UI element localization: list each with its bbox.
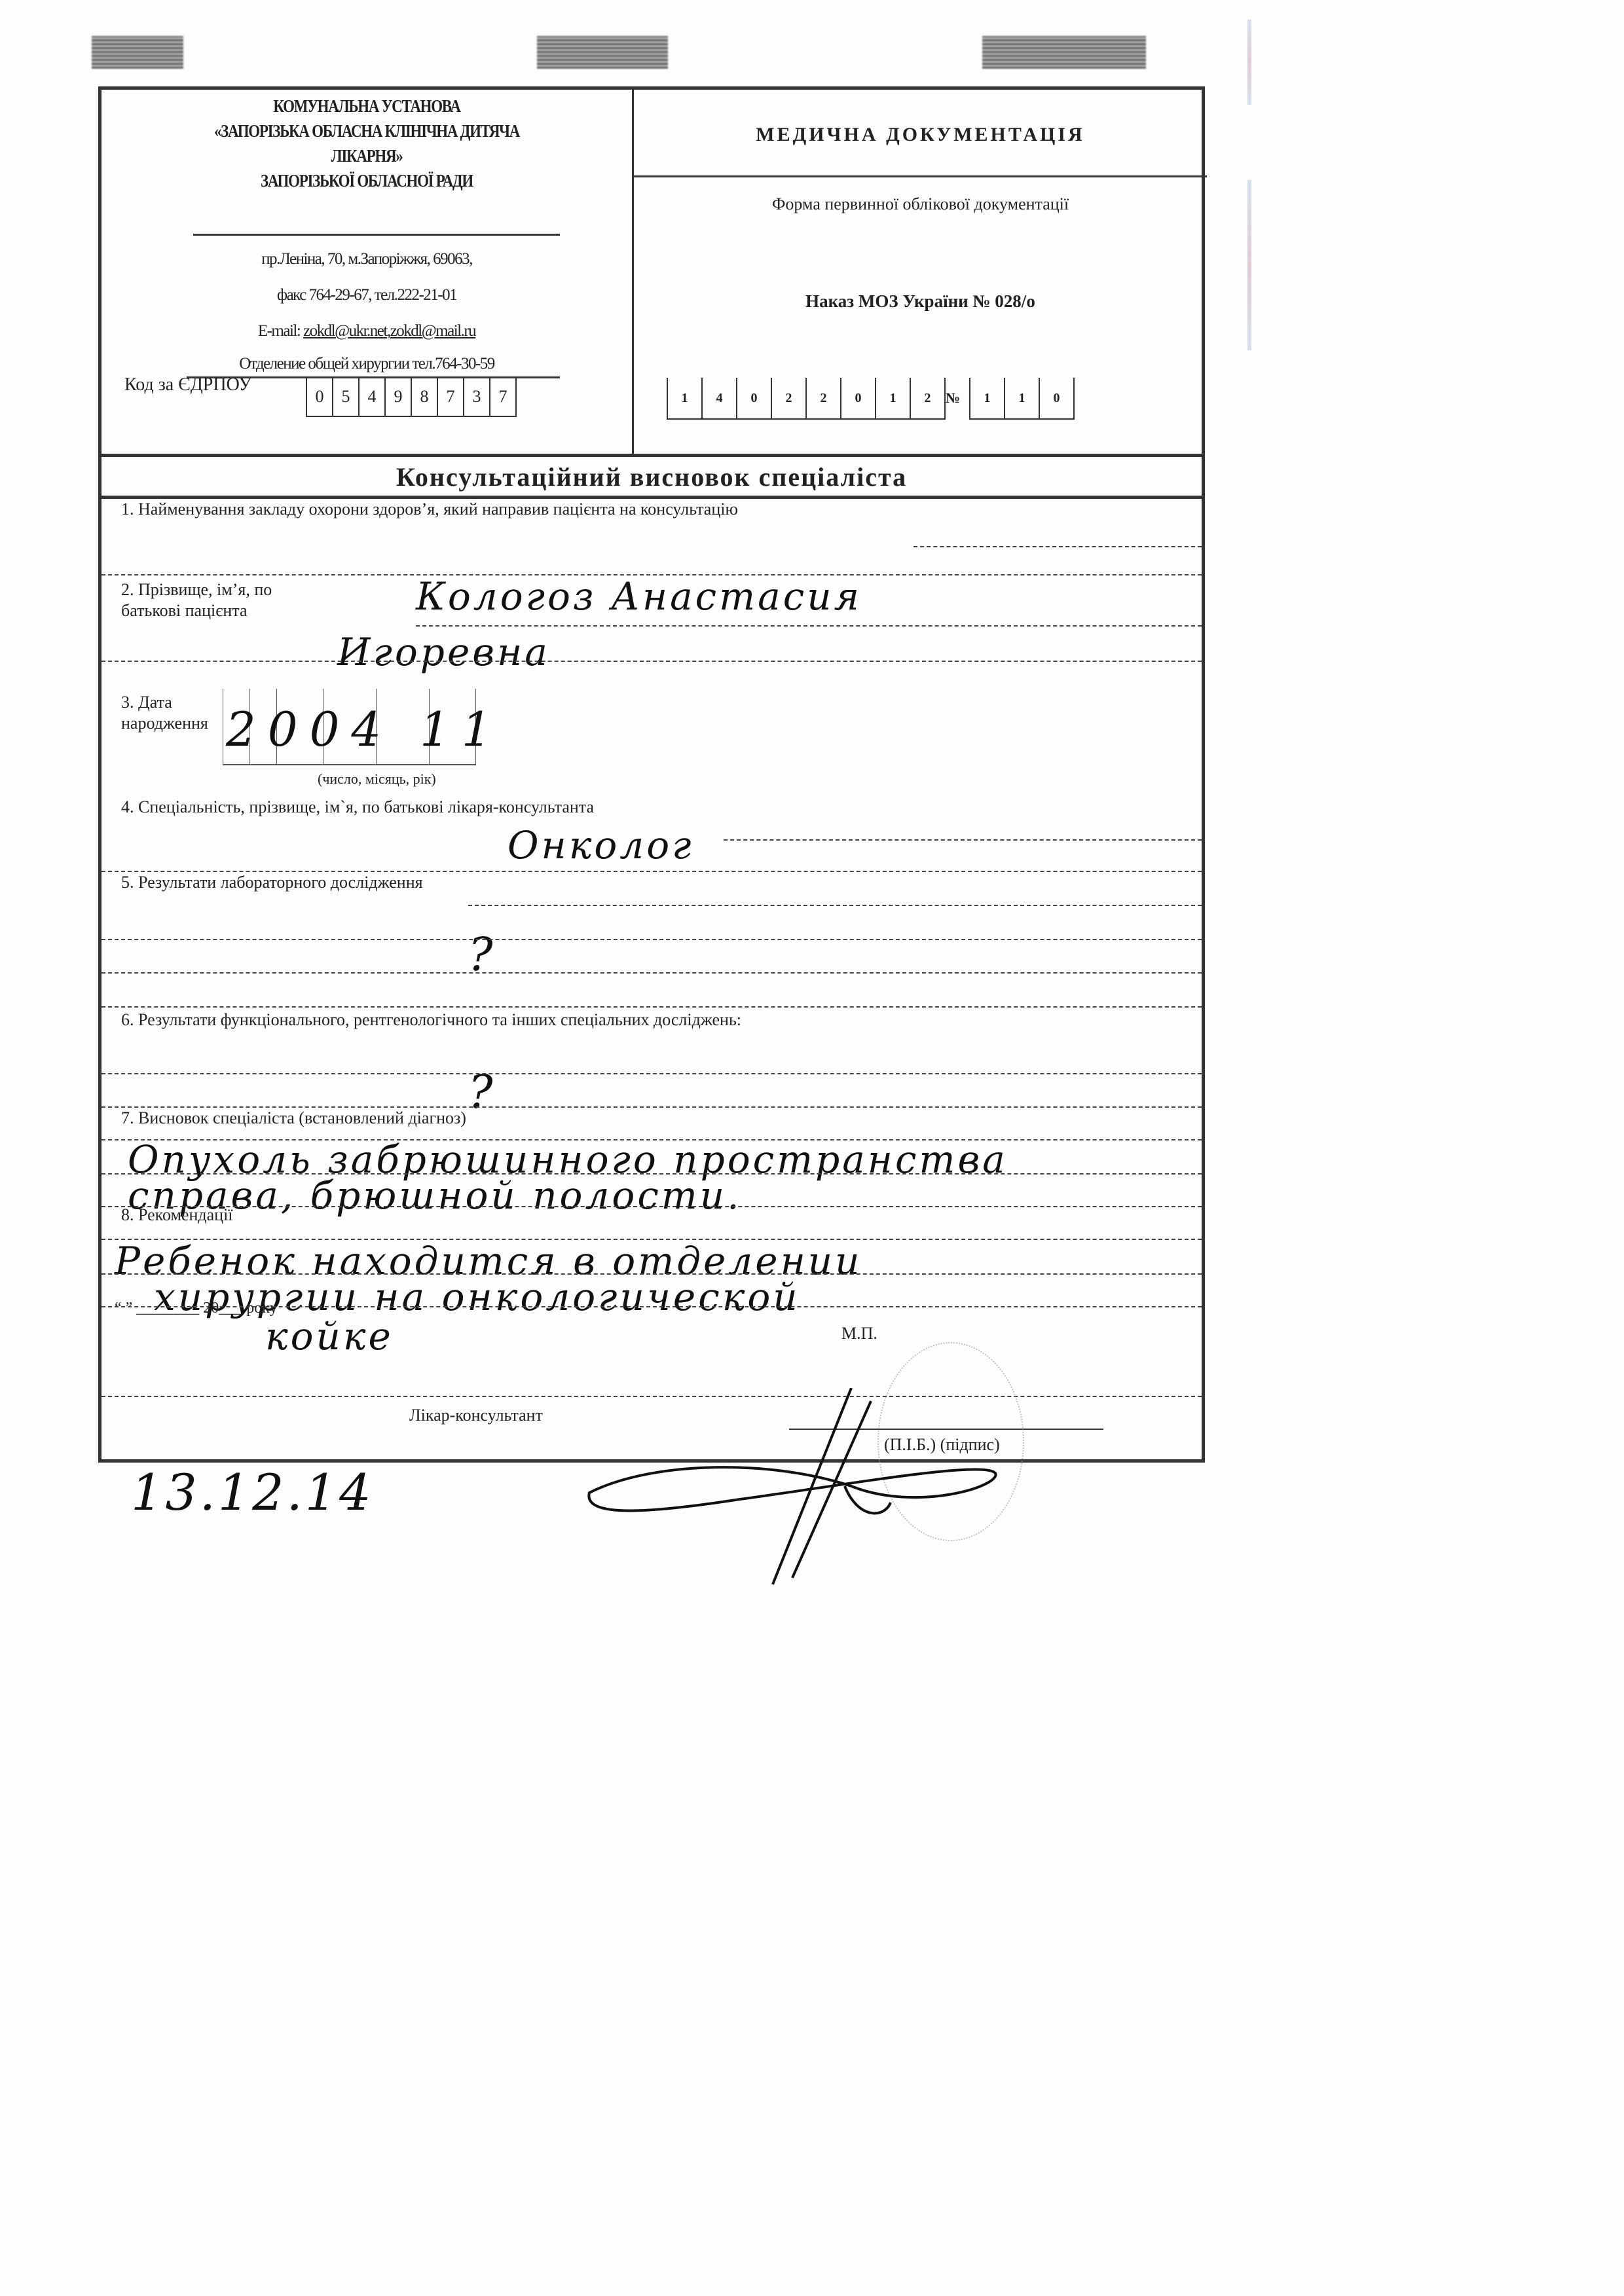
date-digit: 2 (771, 378, 805, 420)
patient-name-handwritten[interactable]: Кологоз Анастасия (416, 574, 862, 619)
edrpou-digit: 0 (306, 378, 332, 417)
institution-block: КОМУНАЛЬНА УСТАНОВА «ЗАПОРІЗЬКА ОБЛАСНА … (101, 90, 632, 456)
order-number: Наказ МОЗ України № 028/о (634, 291, 1207, 312)
org-line: КОМУНАЛЬНА УСТАНОВА (141, 96, 593, 117)
signature (576, 1388, 1035, 1597)
field-1-label: 1. Найменування закладу охорони здоров’я… (121, 499, 841, 520)
field-4-label: 4. Спеціальність, прізвище, ім`я, по бат… (121, 797, 907, 818)
divider (101, 1006, 1202, 1008)
email-label: E-mail: (258, 322, 300, 340)
birth-date-hint: (число, місяць, рік) (318, 771, 436, 788)
field-5-label: 5. Результати лабораторного дослідження (121, 872, 645, 893)
edrpou-label: Код за ЄДРПОУ (124, 374, 251, 395)
email-link-1[interactable]: zokdl@ukr.net (303, 322, 387, 340)
date-digit: 0 (840, 378, 875, 420)
form-number-code: 1 1 0 (969, 378, 1075, 420)
number-digit: 1 (1004, 378, 1039, 420)
recommendation-line-3-handwritten[interactable]: койке (265, 1314, 394, 1358)
org-line: ЛІКАРНЯ» (141, 146, 593, 166)
scan-smudge (537, 36, 668, 69)
fax-phone: факс 764-29-67, тел.222-21-01 (101, 286, 632, 304)
email-link-2[interactable]: zokdl@mail.ru (390, 322, 476, 340)
scan-edge (1247, 20, 1251, 105)
edrpou-digit: 7 (437, 378, 463, 417)
edrpou-digit: 8 (411, 378, 437, 417)
scan-smudge (92, 36, 183, 69)
field-8-label: 8. Рекомендації (121, 1205, 318, 1226)
org-line: «ЗАПОРІЗЬКА ОБЛАСНА КЛІНІЧНА ДИТЯЧА (141, 121, 593, 141)
divider (101, 661, 1202, 662)
documentation-block: МЕДИЧНА ДОКУМЕНТАЦІЯ Форма первинної обл… (632, 90, 1207, 456)
patient-patronymic-handwritten[interactable]: Игоревна (337, 630, 550, 674)
field-5-line (468, 905, 1202, 906)
documentation-title: МЕДИЧНА ДОКУМЕНТАЦІЯ (634, 124, 1207, 146)
department-phone: Отделение общей хирургии тел.764-30-59 (101, 355, 632, 373)
field-3-label: 3. Дата народження (121, 692, 206, 734)
doctor-label: Лікар-консультант (409, 1406, 543, 1425)
field-7-label: 7. Висновок спеціаліста (встановлений ді… (121, 1108, 710, 1129)
field-2-label: 2. Прізвище, ім’я, по батькові пацієнта (121, 579, 318, 621)
field-5-line (101, 972, 1202, 974)
edrpou-code: 0 5 4 9 8 7 3 7 (306, 378, 517, 417)
divider (634, 175, 1207, 177)
handwritten-date: 13.12.14 (131, 1463, 373, 1522)
field-1-line[interactable] (913, 546, 1202, 547)
date-digit: 2 (805, 378, 840, 420)
scan-edge (1247, 180, 1251, 350)
form-caption: Форма первинної облікової документації (634, 194, 1207, 214)
edrpou-digit: 7 (489, 378, 517, 417)
date-digit: 1 (875, 378, 910, 420)
edrpou-digit: 5 (332, 378, 358, 417)
form-date-code: 1 4 0 2 2 0 1 2 (667, 378, 946, 420)
edrpou-digit: 3 (463, 378, 489, 417)
edrpou-digit: 4 (358, 378, 384, 417)
stamp-place-label: М.П. (841, 1324, 877, 1343)
number-digit: 0 (1039, 378, 1075, 420)
consultant-specialty-handwritten[interactable]: Онколог (507, 823, 693, 867)
birth-date-handwritten[interactable]: 2004 11 (226, 702, 504, 757)
divider (193, 234, 560, 236)
scan-smudge (982, 36, 1146, 69)
number-sign: № (940, 378, 966, 418)
field-2-line (416, 625, 1202, 627)
field-5-line (101, 939, 1202, 940)
date-digit: 4 (701, 378, 736, 420)
date-digit: 0 (736, 378, 771, 420)
field-4-line (724, 839, 1202, 841)
org-line: ЗАПОРІЗЬКОЇ ОБЛАСНОЇ РАДИ (141, 171, 593, 191)
number-digit: 1 (969, 378, 1004, 420)
email-line: E-mail: zokdl@ukr.net,zokdl@mail.ru (101, 322, 632, 340)
document-title: Консультаційний висновок спеціаліста (101, 456, 1202, 499)
field-6-line (101, 1073, 1202, 1074)
address: пр.Леніна, 70, м.Запоріжжя, 69063, (101, 250, 632, 268)
consultation-form: КОМУНАЛЬНА УСТАНОВА «ЗАПОРІЗЬКА ОБЛАСНА … (98, 86, 1205, 1463)
field-6-label: 6. Результати функціонального, рентгенол… (121, 1010, 1038, 1030)
date-digit: 1 (667, 378, 701, 420)
edrpou-digit: 9 (384, 378, 411, 417)
date-line: “ ” ________ 20___ року (115, 1300, 278, 1317)
